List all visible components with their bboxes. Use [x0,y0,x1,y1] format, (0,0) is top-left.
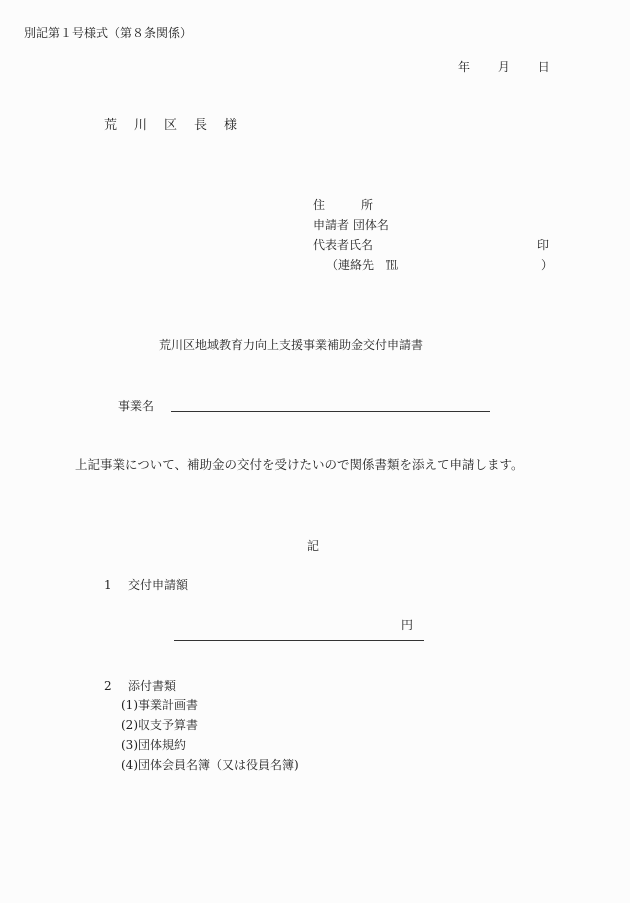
attachment-item: (1)事業計画書 [121,699,198,711]
project-name-line[interactable] [171,411,490,412]
attachment-item: (4)団体会員名簿（又は役員名簿) [121,759,299,771]
section2-number: 2 [104,680,112,692]
attachment-item: (2)収支予算書 [121,719,198,731]
attachment-item: (3)団体規約 [121,739,186,751]
form-label: 別記第１号様式（第８条関係） [24,27,192,39]
seal-mark: 印 [537,239,549,251]
representative-label: 代表者氏名 [313,239,373,251]
group-name-label: 申請者 団体名 [313,219,389,231]
contact-label: （連絡先 ℡ [326,259,398,271]
ki-heading: 記 [307,540,319,552]
date-day: 日 [538,61,550,73]
yen-unit: 円 [401,619,413,631]
project-name-label: 事業名 [118,400,154,412]
date-line: 年 月 日 [458,61,550,73]
addressee: 荒 川 区 長 様 [104,119,239,132]
section2-label: 添付書類 [128,680,176,692]
amount-line[interactable] [174,640,424,641]
address-label: 住 所 [313,199,373,211]
document-title: 荒川区地域教育力向上支援事業補助金交付申請書 [159,339,423,351]
date-month: 月 [498,61,510,73]
section1-label: 交付申請額 [128,579,188,591]
date-year: 年 [458,61,470,73]
contact-close: ） [541,259,553,271]
section1-number: 1 [104,579,112,591]
body-text: 上記事業について、補助金の交付を受けたいので関係書類を添えて申請します。 [75,459,524,472]
